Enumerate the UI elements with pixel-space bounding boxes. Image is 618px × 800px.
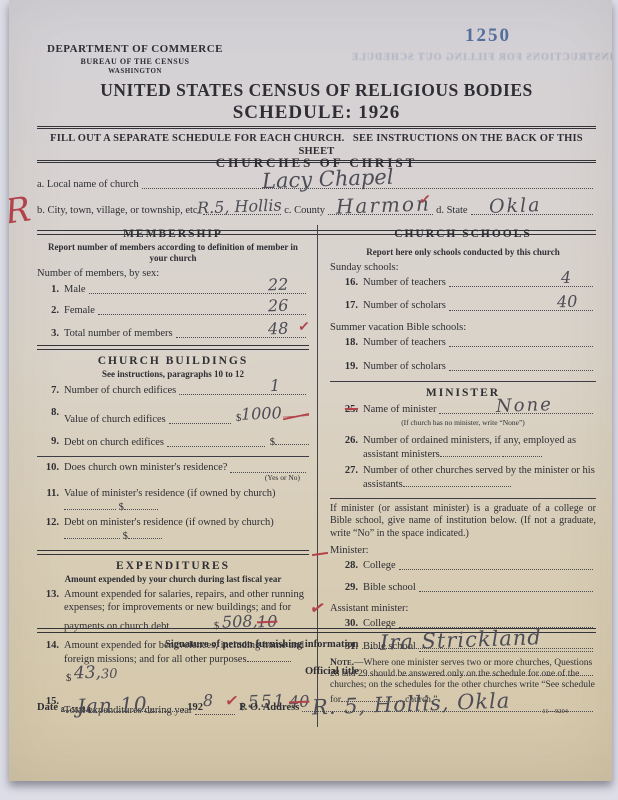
row-edifices-count-value: 1 xyxy=(269,376,280,396)
row-total-members: 3. Total number of members 48 ✓ xyxy=(37,327,309,340)
row-summer-teachers-number: 18. xyxy=(330,336,363,349)
county-label: c. County xyxy=(284,204,325,217)
row-total-members-number: 3. xyxy=(37,327,64,340)
row-edifices-value-number: 8. xyxy=(37,406,64,426)
agency-block: DEPARTMENT OF COMMERCE BUREAU OF THE CEN… xyxy=(47,43,223,76)
row-residence-debt-label: Debt on minister's residence (if owned b… xyxy=(64,517,274,528)
row-total-members-field: 48 ✓ xyxy=(176,327,306,338)
blank-dotted xyxy=(440,447,500,457)
minister-heading: MINISTER xyxy=(330,386,596,400)
blank-dotted xyxy=(64,529,120,539)
row-residence-value-label: Value of minister's residence (if owned … xyxy=(64,488,276,499)
row-edifices-count-label: Number of church edifices xyxy=(64,384,176,397)
row-ordained-ministers-body: Number of ordained ministers, if any, em… xyxy=(363,434,596,461)
row-summer-scholars-field xyxy=(449,360,593,371)
row-minister-college: 28. College xyxy=(330,559,596,572)
row-edifices-count-number: 7. xyxy=(37,384,64,397)
row-sunday-scholars-number: 17. xyxy=(330,299,363,312)
membership-heading: MEMBERSHIP xyxy=(37,227,309,241)
row-minister-bible-school: 29. Bible school xyxy=(330,581,596,594)
blank-dotted xyxy=(124,500,158,510)
date-field: Jan 10, xyxy=(61,701,179,712)
schools-bottom-rule xyxy=(330,381,596,382)
state-label: d. State xyxy=(436,204,468,217)
membership-subheading: Report number of members according to de… xyxy=(45,242,301,264)
blank-dotted xyxy=(471,477,511,487)
row-other-churches-body: Number of other churches served by the m… xyxy=(363,464,596,491)
row-other-churches: 27. Number of other churches served by t… xyxy=(330,464,596,491)
graduate-note: If minister (or assistant minister) is a… xyxy=(330,503,596,540)
official-title-field xyxy=(362,665,593,676)
row-male-number: 1. xyxy=(37,283,64,296)
footer-section: Signature of person furnishing informati… xyxy=(37,638,596,714)
row-edifices-value: 8. Value of church edifices $1000 xyxy=(37,406,309,426)
blank-dotted xyxy=(64,500,116,510)
row-minister-name-field: None xyxy=(439,403,593,414)
row-edifices-debt-number: 9. xyxy=(37,435,64,449)
row-edifices-debt: 9. Debt on church edifices $ xyxy=(37,435,309,449)
state-value: Okla xyxy=(488,194,541,220)
church-buildings-heading: CHURCH BUILDINGS xyxy=(37,354,309,368)
row-female-field: 26 xyxy=(98,304,306,315)
row-ordained-ministers-number: 26. xyxy=(330,434,363,461)
year-printed: , 192 xyxy=(182,701,203,714)
bureau-name: BUREAU OF THE CENSUS xyxy=(47,57,223,67)
row-female-label: Female xyxy=(64,304,95,317)
location-row: b. City, town, village, or township, etc… xyxy=(37,204,596,217)
total-members-checkmark: ✓ xyxy=(298,319,311,337)
serial-number-stamp: 1250 xyxy=(465,24,511,48)
church-name-field: Lacy Chapel xyxy=(142,178,593,189)
expenditures-heading: EXPENDITURES xyxy=(37,559,309,573)
row-residence-value: 11. Value of minister's residence (if ow… xyxy=(37,487,309,514)
county-checkmark: ✓ xyxy=(419,192,432,210)
church-name-label: a. Local name of church xyxy=(37,178,139,191)
row-summer-teachers-field xyxy=(449,336,593,347)
row-edifices-count-field: 1 xyxy=(179,384,306,395)
row-sunday-teachers-number: 16. xyxy=(330,276,363,289)
row-own-residence-number: 10. xyxy=(37,461,64,474)
row-residence-debt-body: Debt on minister's residence (if owned b… xyxy=(64,516,309,543)
row-own-residence: 10. Does church own minister's residence… xyxy=(37,461,309,474)
form-content: 1250 INSTRUCTIONS FOR FILLING OUT SCHEDU… xyxy=(37,0,596,781)
row-minister-name: 25. Name of minister None xyxy=(330,403,596,416)
row-edifices-debt-label: Debt on church edifices xyxy=(64,436,164,449)
row-sunday-teachers-label: Number of teachers xyxy=(363,276,446,289)
row-female-value: 26 xyxy=(267,296,288,317)
row-minister-bible-school-number: 29. xyxy=(330,581,363,594)
row-minister-name-number: 25. xyxy=(330,403,363,416)
signature-row: Signature of person furnishing informati… xyxy=(165,638,596,651)
row-edifices-value-value: 1000 xyxy=(241,404,282,425)
row-residence-debt-number: 12. xyxy=(37,516,64,543)
row-male-field: 22 xyxy=(89,283,306,294)
row-sunday-teachers: 16. Number of teachers 4 xyxy=(330,276,596,289)
date-label: Date xyxy=(37,701,58,714)
row-sunday-teachers-value: 4 xyxy=(560,268,571,288)
signature-label: Signature of person furnishing informati… xyxy=(165,638,359,651)
form-number-right: 11—9204 xyxy=(542,708,568,716)
margin-red-mark: R xyxy=(9,188,33,234)
department-name: DEPARTMENT OF COMMERCE xyxy=(47,43,223,57)
yes-or-no-hint: (Yes or No) xyxy=(265,473,300,482)
row-other-churches-number: 27. xyxy=(330,464,363,491)
row-summer-teachers-label: Number of teachers xyxy=(363,336,446,349)
row-ordained-ministers: 26. Number of ordained ministers, if any… xyxy=(330,434,596,461)
row-expense-operating: 13. Amount expended for salaries, repair… xyxy=(37,588,309,634)
official-title-row: Official title xyxy=(305,665,596,678)
row-minister-college-number: 28. xyxy=(330,559,363,572)
row-total-members-value: 48 xyxy=(267,319,288,340)
row-minister-college-field xyxy=(399,559,593,570)
scanned-form-page: 1250 INSTRUCTIONS FOR FILLING OUT SCHEDU… xyxy=(9,0,612,781)
row-residence-debt: 12. Debt on minister's residence (if own… xyxy=(37,516,309,543)
row-expense-operating-body: Amount expended for salaries, repairs, a… xyxy=(64,588,309,634)
row-edifices-count: 7. Number of church edifices 1 xyxy=(37,384,309,397)
buildings-inner-rule xyxy=(37,456,309,457)
row-sunday-scholars-value: 40 xyxy=(556,291,577,312)
row-residence-value-body: Value of minister's residence (if owned … xyxy=(64,487,309,514)
row-edifices-value-money: $1000 xyxy=(236,406,309,426)
form-schedule-year: SCHEDULE: 1926 xyxy=(37,101,596,125)
official-title-label: Official title xyxy=(305,665,359,678)
church-schools-subheading: Report here only schools conducted by th… xyxy=(338,247,588,258)
year-value: 8 xyxy=(203,691,214,711)
minister-sub-label: Minister: xyxy=(330,544,596,557)
expenditures-subheading: Amount expended by your church during la… xyxy=(45,574,301,585)
city-label: b. City, town, village, or township, etc… xyxy=(37,204,200,217)
church-buildings-subheading: See instructions, paragraphs 10 to 12 xyxy=(45,369,301,380)
row-own-residence-label: Does church own minister's residence? xyxy=(64,461,227,474)
buildings-bottom-rule xyxy=(37,550,309,555)
row-sunday-scholars: 17. Number of scholars 40 xyxy=(330,299,596,312)
row-female: 2. Female 26 xyxy=(37,304,309,317)
membership-bottom-rule xyxy=(37,345,309,350)
row-male: 1. Male 22 xyxy=(37,283,309,296)
city-field: R.5, Hollis xyxy=(203,204,281,215)
blank-dotted xyxy=(502,447,542,457)
form-title: UNITED STATES CENSUS OF RELIGIOUS BODIES xyxy=(37,80,596,102)
row-sunday-scholars-label: Number of scholars xyxy=(363,299,446,312)
signature-field: Ira Strickland xyxy=(362,638,594,649)
row-own-residence-field: (Yes or No) xyxy=(230,462,306,473)
summer-schools-label: Summer vacation Bible schools: xyxy=(330,321,596,334)
minister-inner-rule xyxy=(330,498,596,499)
assistant-minister-label: Assistant minister: xyxy=(330,602,596,615)
blank-dotted xyxy=(128,529,162,539)
county-field: Harmon ✓ xyxy=(328,204,433,215)
church-name-row: a. Local name of church Lacy Chapel xyxy=(37,178,596,191)
row-summer-scholars-label: Number of scholars xyxy=(363,360,446,373)
po-address-label: P. O. Address xyxy=(239,701,299,714)
signature-value: Ira Strickland xyxy=(379,624,542,656)
row-edifices-value-field xyxy=(169,413,231,424)
sunday-schools-label: Sunday schools: xyxy=(330,261,596,274)
row-edifices-debt-money: $ xyxy=(270,435,309,449)
row-total-members-label: Total number of members xyxy=(64,327,173,340)
row-minister-name-value: None xyxy=(496,394,554,418)
blank-dotted xyxy=(403,477,469,487)
date-value: Jan 10, xyxy=(77,692,156,720)
row-sunday-scholars-field: 40 xyxy=(449,300,593,311)
row-minister-bible-school-label: Bible school xyxy=(363,581,416,594)
state-field: Okla xyxy=(471,204,593,215)
minister-name-hint: (If church has no minister, write “None”… xyxy=(330,418,596,427)
county-value: Harmon xyxy=(336,192,432,220)
city-value: R.5, Hollis xyxy=(197,196,282,219)
row-female-number: 2. xyxy=(37,304,64,317)
row-residence-value-number: 11. xyxy=(37,487,64,514)
church-schools-heading: CHURCH SCHOOLS xyxy=(330,227,596,241)
church-name-value: Lacy Chapel xyxy=(261,164,393,195)
row-male-value: 22 xyxy=(267,275,288,296)
red-strike-mark xyxy=(283,412,309,421)
bureau-city: WASHINGTON xyxy=(47,67,223,76)
row-edifices-debt-field xyxy=(167,436,265,447)
date-address-row: Date 8—5518-1 Jan 10, , 192 8 P. O. Addr… xyxy=(37,694,596,714)
row-sunday-teachers-field: 4 xyxy=(449,276,593,287)
row-expense-operating-number: 13. xyxy=(37,588,64,634)
row-edifices-value-label: Value of church edifices xyxy=(64,413,166,426)
row-male-label: Male xyxy=(64,283,86,296)
row-summer-scholars-number: 19. xyxy=(330,360,363,373)
bleed-through-text: INSTRUCTIONS FOR FILLING OUT SCHEDULE xyxy=(337,52,612,65)
row-minister-name-label: Name of minister xyxy=(363,403,436,416)
row-summer-scholars: 19. Number of scholars xyxy=(330,360,596,373)
row-minister-college-label: College xyxy=(363,559,396,572)
blank-dotted xyxy=(275,435,309,445)
row-summer-teachers: 18. Number of teachers xyxy=(330,336,596,349)
row-minister-bible-school-field xyxy=(419,581,593,592)
